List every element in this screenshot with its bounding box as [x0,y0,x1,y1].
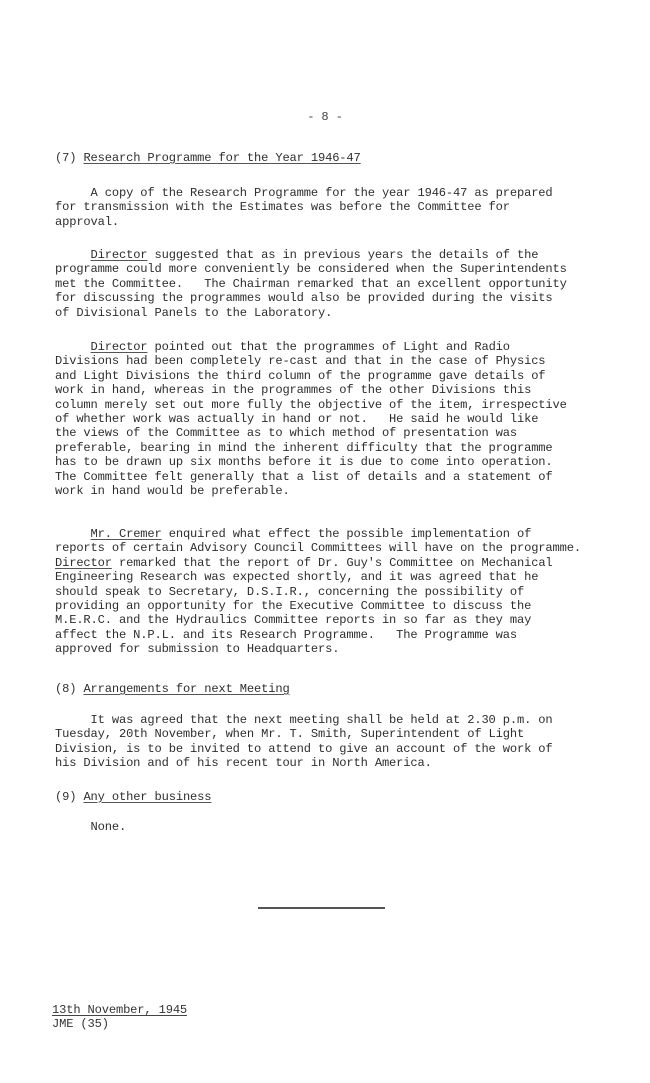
text-line: A copy of the Research Programme for the… [55,186,645,200]
text-line: M.E.R.C. and the Hydraulics Committee re… [55,613,645,627]
footer: 13th November, 1945JME (35) [52,1003,187,1032]
section-8-paragraph-1: It was agreed that the next meeting shal… [55,713,645,771]
text-segment: enquired what effect the possible implem… [162,527,532,541]
text-line: met the Committee. The Chairman remarked… [55,277,645,291]
text-line: reports of certain Advisory Council Comm… [55,541,645,555]
section-number: (9) [55,790,76,804]
speaker-name: Director [91,248,148,262]
text-line: work in hand would be preferable. [55,484,645,498]
section-7-heading: (7) Research Programme for the Year 1946… [55,151,645,165]
section-9-paragraph-1: None. [55,820,645,834]
text-line: It was agreed that the next meeting shal… [55,713,645,727]
text-line: Director remarked that the report of Dr.… [55,556,645,570]
text-line: of whether work was actually in hand or … [55,412,645,426]
text-line: Divisions had been completely re-cast an… [55,354,645,368]
text-line: preferable, bearing in mind the inherent… [55,441,645,455]
text-line: None. [55,820,645,834]
text-segment: remarked that the report of Dr. Guy's Co… [112,556,553,570]
text-line: Tuesday, 20th November, when Mr. T. Smit… [55,727,645,741]
section-7-paragraph-4: Mr. Cremer enquired what effect the poss… [55,527,645,657]
section-number: (7) [55,151,76,165]
section-title: Arrangements for next Meeting [83,682,289,696]
text-line: Director pointed out that the programmes… [55,340,645,354]
text-line: programme could more conveniently be con… [55,262,645,276]
section-7-paragraph-2: Director suggested that as in previous y… [55,248,645,320]
end-rule-divider [258,907,385,909]
page-number: - 8 - [0,110,650,124]
text-line: Director suggested that as in previous y… [55,248,645,262]
text-line: has to be drawn up six months before it … [55,455,645,469]
text-line: and Light Divisions the third column of … [55,369,645,383]
document-page: - 8 - (7) Research Programme for the Yea… [0,0,650,1083]
section-7-paragraph-3: Director pointed out that the programmes… [55,340,645,498]
section-8-heading: (8) Arrangements for next Meeting [55,682,645,696]
speaker-name: Mr. Cremer [91,527,162,541]
speaker-name: Director [91,340,148,354]
text-line: should speak to Secretary, D.S.I.R., con… [55,585,645,599]
footer-reference: JME (35) [52,1017,187,1031]
text-segment: suggested that as in previous years the … [147,248,538,262]
text-line: approved for submission to Headquarters. [55,642,645,656]
section-7-paragraph-1: A copy of the Research Programme for the… [55,186,645,229]
text-line: Engineering Research was expected shortl… [55,570,645,584]
text-line: the views of the Committee as to which m… [55,426,645,440]
text-line: for discussing the programmes would also… [55,291,645,305]
text-line: for transmission with the Estimates was … [55,200,645,214]
section-9-heading: (9) Any other business [55,790,645,804]
text-line: Mr. Cremer enquired what effect the poss… [55,527,645,541]
text-line: The Committee felt generally that a list… [55,470,645,484]
section-title: Any other business [83,790,211,804]
text-line: approval. [55,215,645,229]
section-title: Research Programme for the Year 1946-47 [83,151,360,165]
text-segment: pointed out that the programmes of Light… [147,340,509,354]
text-line: affect the N.P.L. and its Research Progr… [55,628,645,642]
footer-date: 13th November, 1945 [52,1003,187,1017]
text-line: of Divisional Panels to the Laboratory. [55,306,645,320]
text-line: his Division and of his recent tour in N… [55,756,645,770]
speaker-name: Director [55,556,112,570]
text-line: column merely set out more fully the obj… [55,398,645,412]
text-line: Division, is to be invited to attend to … [55,742,645,756]
section-number: (8) [55,682,76,696]
text-line: providing an opportunity for the Executi… [55,599,645,613]
text-line: work in hand, whereas in the programmes … [55,383,645,397]
